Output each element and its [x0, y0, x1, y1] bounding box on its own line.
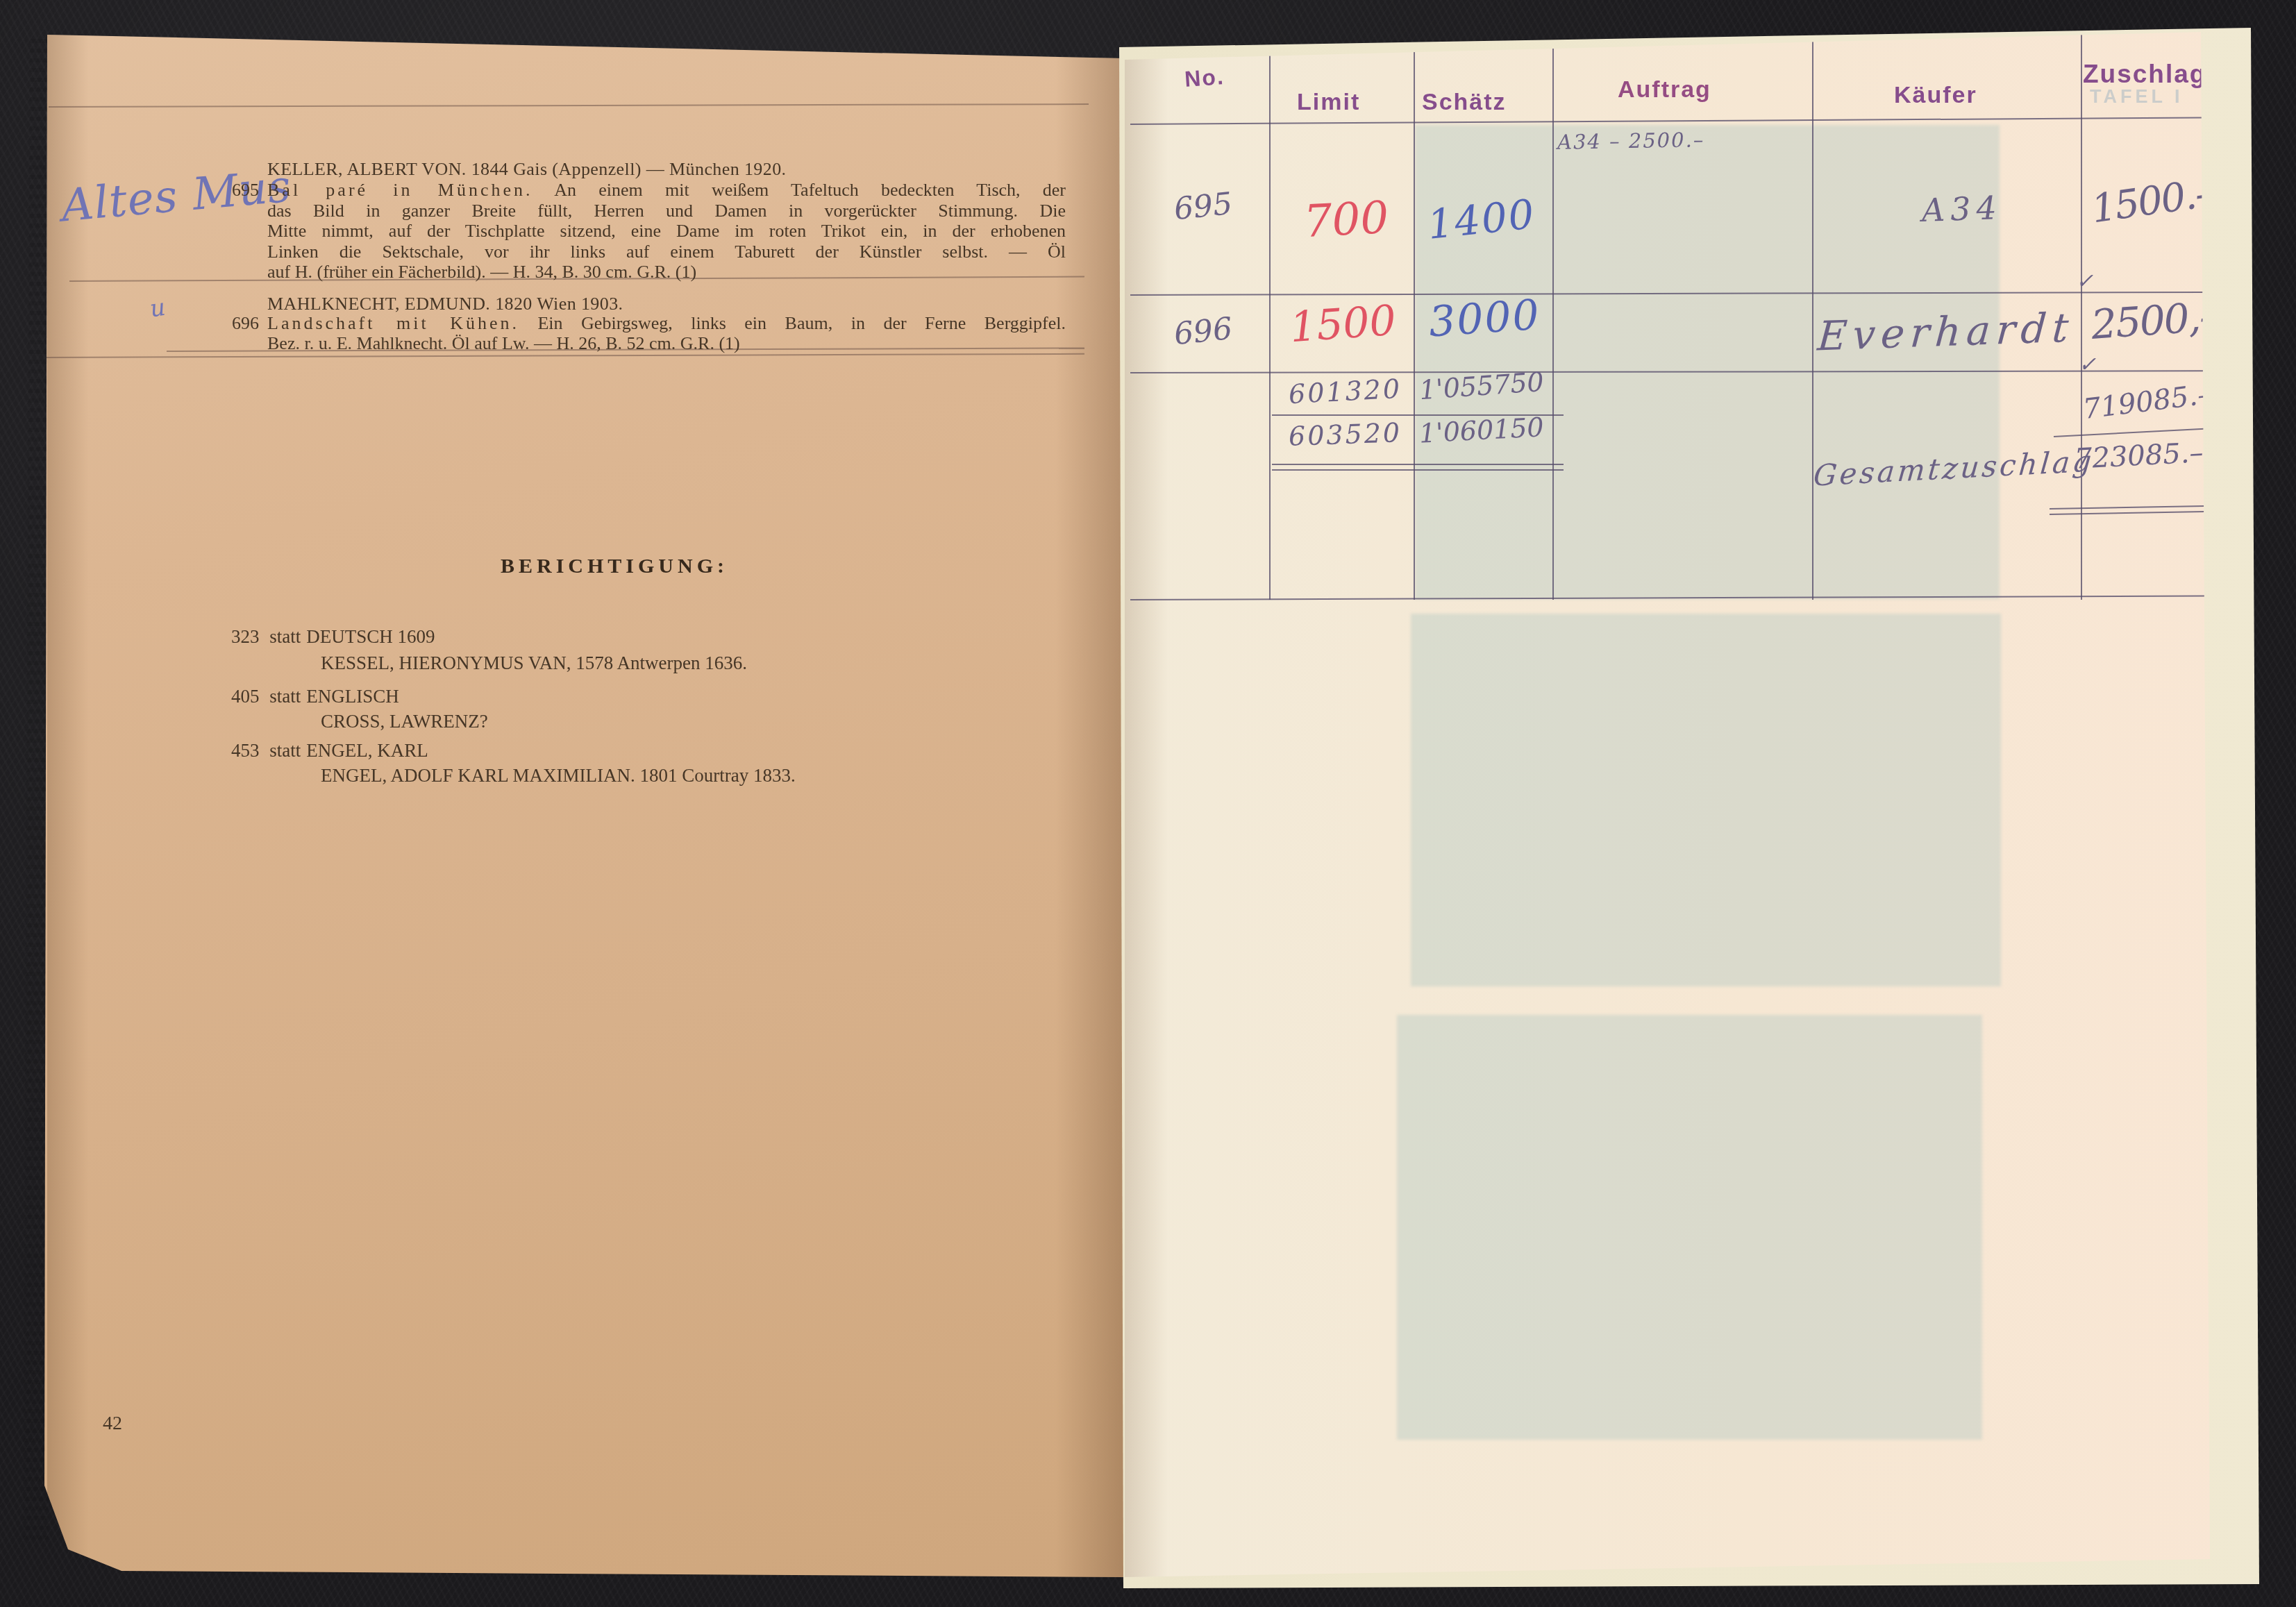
- column-line: [1552, 32, 1554, 600]
- entry-line: auf H. (früher ein Fächerbild). — H. 34,…: [267, 262, 696, 283]
- correction-no: 323: [231, 626, 260, 647]
- cell-zuschlag: 1500.-: [2088, 171, 2210, 233]
- entry-line: Linken die Sektschale, vor ihr links auf…: [267, 242, 1066, 262]
- cell-no: 696: [1171, 310, 1237, 352]
- zuschlag-double-rule-a: [2050, 505, 2211, 510]
- header-auftrag: Auftrag: [1618, 76, 1711, 103]
- sum-zuschlag-2: 723085.–: [2074, 437, 2204, 476]
- zuschlag-sum-rule: [2054, 428, 2211, 437]
- page-shading-left: [47, 0, 89, 1607]
- bleed-through-ghost: [1397, 1015, 1982, 1440]
- sum-limit-2: 603520: [1288, 417, 1402, 452]
- cell-kaeufer: Everhardt: [1816, 303, 2076, 360]
- sum-double-rule-b: [1272, 469, 1564, 471]
- header-kaeufer: Käufer: [1894, 82, 1977, 109]
- checkmark: ✓: [2079, 353, 2096, 377]
- entry-line-rest: An einem mit weißem Tafeltuch bedeckten …: [554, 180, 1066, 200]
- correction-heading: BERICHTIGUNG:: [444, 555, 785, 578]
- book-scan: Altes Mus u KELLER, ALBERT VON. 1844 Gai…: [0, 0, 2296, 1607]
- entry-line: Mitte nimmt, auf der Tischplatte sitzend…: [267, 221, 1066, 242]
- correction-word: statt: [269, 686, 301, 707]
- correction-word: statt: [269, 626, 301, 647]
- sum-zuschlag-1: 719085.–: [2081, 378, 2213, 426]
- sum-schaetz-2: 1'060150: [1418, 412, 1545, 448]
- cell-no: 695: [1171, 185, 1237, 227]
- cell-kaeufer: A34: [1921, 189, 2003, 229]
- correction-new: CROSS, LAWRENZ?: [321, 711, 488, 732]
- correction-no: 405: [231, 686, 260, 707]
- cell-limit: 700: [1302, 192, 1390, 248]
- lot-number: 696: [207, 313, 259, 334]
- ruled-line-top: [49, 103, 1089, 108]
- column-line: [1269, 32, 1271, 600]
- auftrag-note-handwriting: A34 – 2500.–: [1557, 128, 1705, 154]
- lot-title: Landschaft mit Kühen.: [267, 313, 519, 333]
- header-limit: Limit: [1297, 89, 1360, 116]
- correction-no: 453: [231, 740, 260, 761]
- artist-header: KELLER, ALBERT VON. 1844 Gais (Appenzell…: [267, 159, 786, 180]
- entry-line: Bez. r. u. E. Mahlknecht. Öl auf Lw. — H…: [267, 333, 740, 354]
- header-zuschlag: Zuschlag: [2083, 60, 2206, 89]
- gutter-shadow-right: [1125, 0, 1168, 1607]
- bleed-through-ghost: [1411, 614, 2001, 986]
- entry-line: Bal paré in München. An einem mit weißem…: [267, 180, 1066, 201]
- correction-item: 323 stattDEUTSCH 1609: [231, 626, 435, 648]
- checkmark: ✓: [2076, 269, 2093, 294]
- correction-item: 405 stattENGLISCH: [231, 686, 399, 707]
- page-number: 42: [103, 1413, 122, 1435]
- zuschlag-double-rule-b: [2050, 511, 2211, 515]
- header-schaetz: Schätz: [1422, 89, 1507, 116]
- correction-old: ENGEL, KARL: [306, 740, 428, 761]
- ghost-caption-tafel: TAFEL I: [2090, 86, 2184, 108]
- lot-number: 695: [207, 180, 259, 201]
- correction-old: ENGLISCH: [306, 686, 399, 707]
- column-line: [1414, 32, 1415, 600]
- correction-old: DEUTSCH 1609: [306, 626, 435, 647]
- column-line: [1812, 32, 1813, 600]
- sum-limit-1: 601320: [1288, 373, 1402, 410]
- correction-word: statt: [269, 740, 301, 761]
- entry-line: Landschaft mit Kühen. Ein Gebirgsweg, li…: [267, 313, 1066, 334]
- correction-new: KESSEL, HIERONYMUS VAN, 1578 Antwerpen 1…: [321, 653, 747, 674]
- entry-line-rest: Ein Gebirgsweg, links ein Baum, in der F…: [537, 313, 1066, 333]
- correction-new: ENGEL, ADOLF KARL MAXIMILIAN. 1801 Court…: [321, 765, 796, 786]
- cell-limit: 1500: [1289, 296, 1398, 352]
- header-rule: [1130, 117, 2211, 125]
- sum-double-rule-a: [1272, 464, 1564, 465]
- cell-zuschlag: 2500,-: [2090, 293, 2213, 348]
- artist-header: MAHLKNECHT, EDMUND. 1820 Wien 1903.: [267, 294, 623, 314]
- margin-tick-mark: u: [148, 294, 167, 323]
- correction-item: 453 stattENGEL, KARL: [231, 740, 428, 762]
- cell-schaetz: 3000: [1427, 290, 1542, 346]
- lot-title: Bal paré in München.: [267, 180, 533, 200]
- entry-line: das Bild in ganzer Breite füllt, Herren …: [267, 201, 1066, 221]
